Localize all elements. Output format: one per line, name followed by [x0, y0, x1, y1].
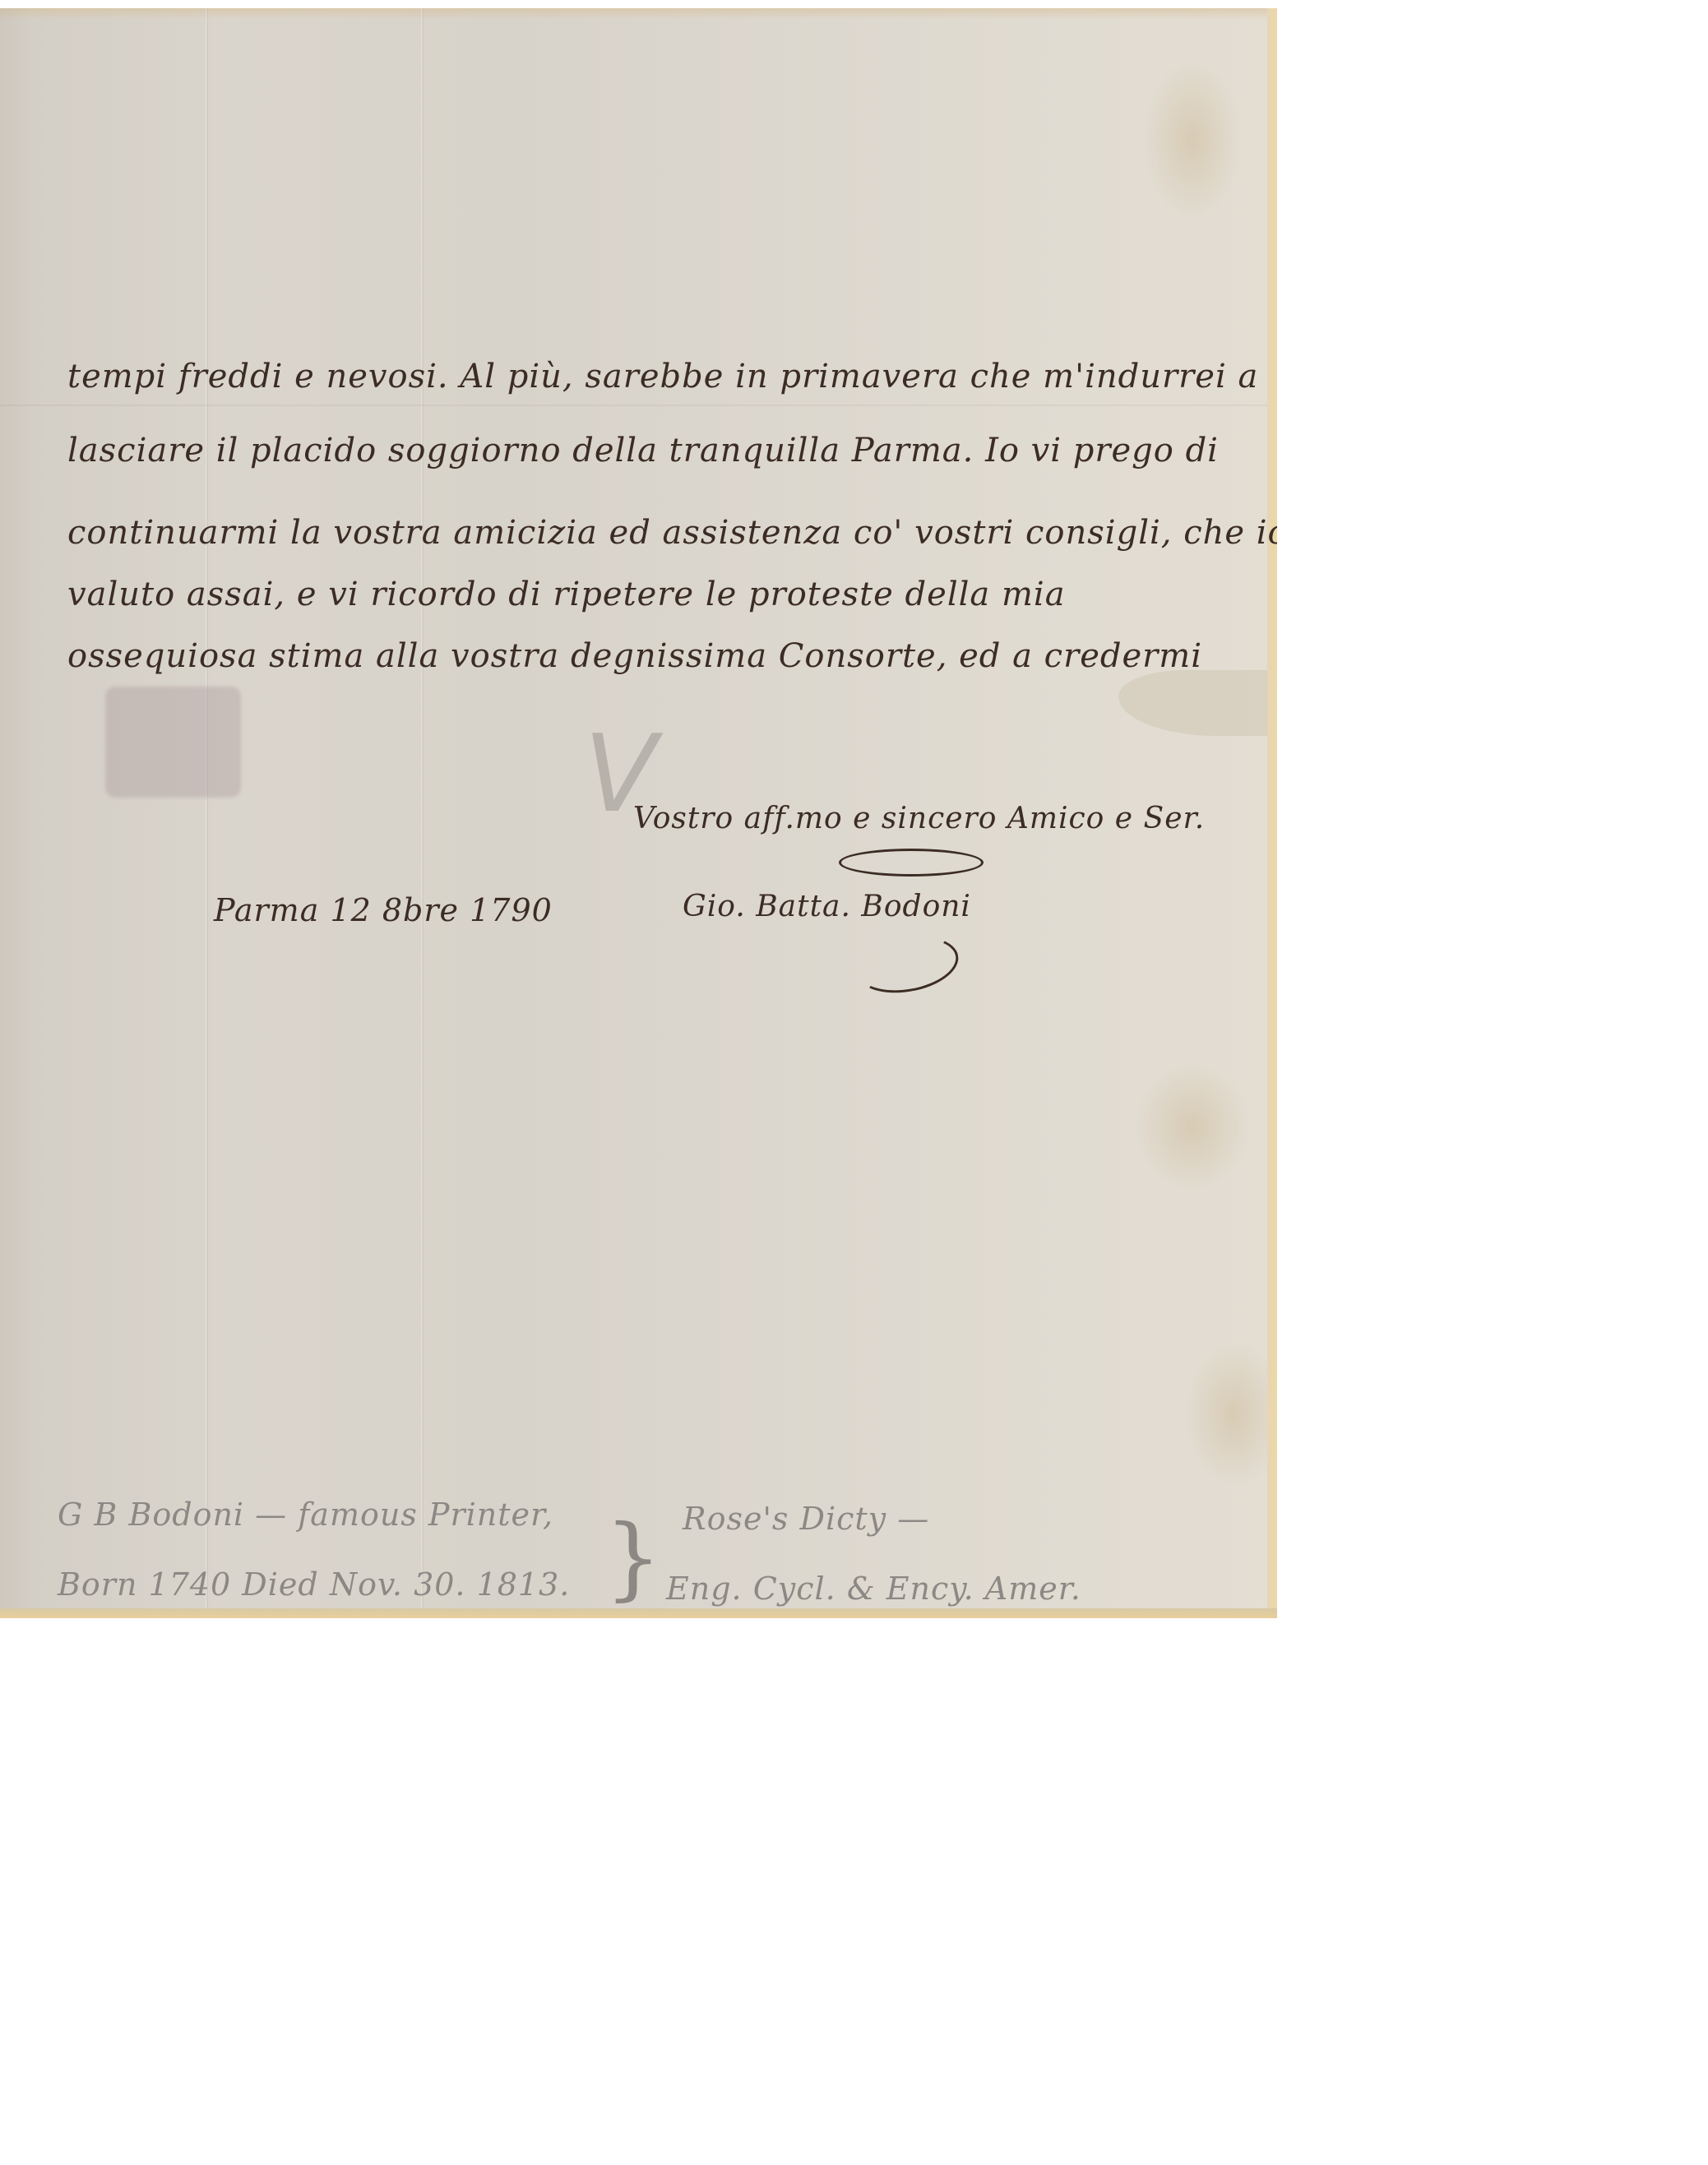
letter-body-line: ossequiosa stima alla vostra degnissima … [67, 637, 1202, 675]
pencil-annotation: Eng. Cycl. & Ency. Amer. [666, 1571, 1081, 1607]
place-and-date: Parma 12 8bre 1790 [214, 892, 553, 928]
pencil-brace: } [604, 1505, 662, 1610]
letter-body-line: valuto assai, e vi ricordo di ripetere l… [67, 576, 1066, 613]
wax-seal-stain [105, 687, 241, 798]
paper-edge [1267, 8, 1277, 1618]
pencil-annotation: G B Bodoni — famous Printer, [58, 1497, 553, 1533]
paper-fold-line [206, 8, 208, 1618]
letter-body-line: tempi freddi e nevosi. Al più, sarebbe i… [67, 358, 1258, 396]
letter-body-line: lasciare il placido soggiorno della tran… [67, 432, 1219, 470]
water-stain [1118, 670, 1277, 736]
paper-fold-line [0, 405, 1277, 406]
letter-photograph: tempi freddi e nevosi. Al più, sarebbe i… [0, 8, 1277, 1618]
pencil-annotation: Born 1740 Died Nov. 30. 1813. [58, 1566, 570, 1603]
letter-closing: Vostro aff.mo e sincero Amico e Ser. [633, 802, 1205, 835]
paper-fold-line [421, 8, 424, 1618]
foxing-stain [1143, 58, 1242, 222]
signature-flourish [839, 849, 984, 877]
signature-flourish [851, 929, 963, 1001]
signature: Gio. Batta. Bodoni [683, 890, 971, 923]
letter-body-line: continuarmi la vostra amicizia ed assist… [67, 514, 1277, 552]
pencil-annotation: Rose's Dicty — [683, 1501, 929, 1537]
foxing-stain [1184, 1340, 1277, 1488]
foxing-stain [1135, 1061, 1250, 1192]
